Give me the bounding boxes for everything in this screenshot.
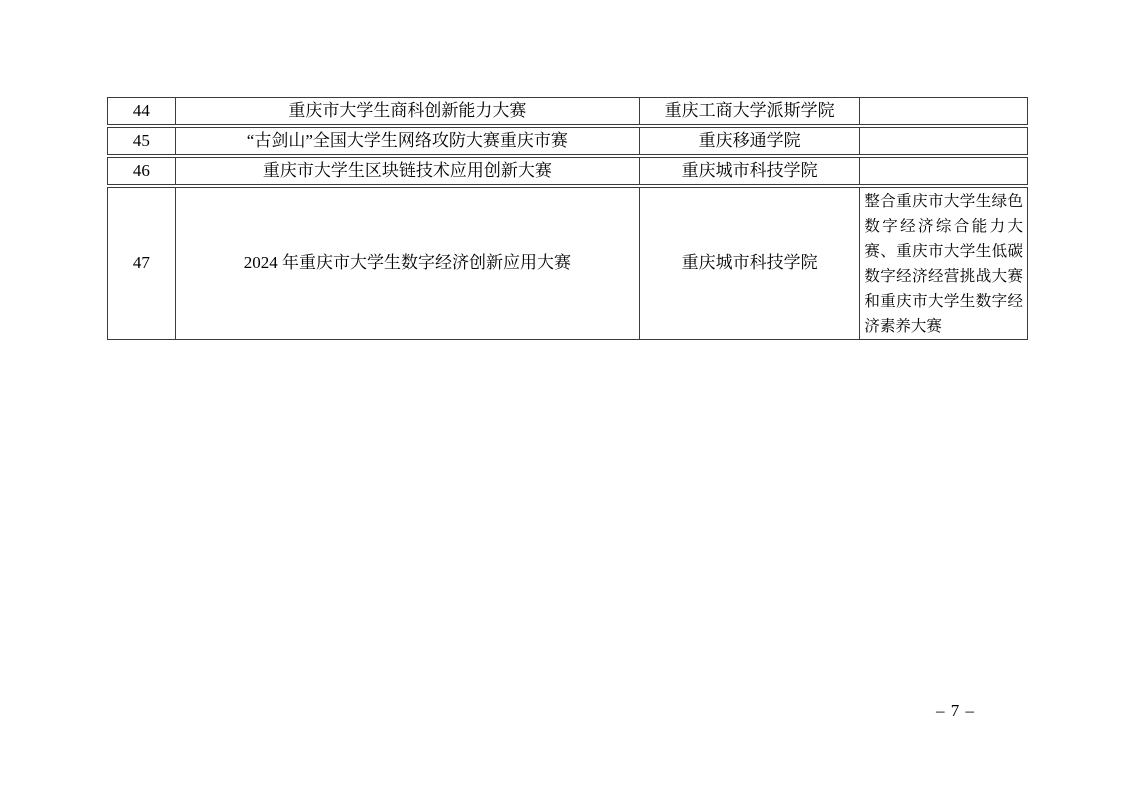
competition-name-cell: 重庆市大学生商科创新能力大赛	[175, 98, 639, 124]
competition-name-cell: “古剑山”全国大学生网络攻防大赛重庆市赛	[175, 128, 639, 154]
competition-name-cell: 重庆市大学生区块链技术应用创新大赛	[175, 158, 639, 184]
row-number-cell: 44	[108, 98, 175, 124]
table-row: 46 重庆市大学生区块链技术应用创新大赛 重庆城市科技学院	[107, 157, 1028, 185]
table-row: 44 重庆市大学生商科创新能力大赛 重庆工商大学派斯学院	[107, 97, 1028, 125]
organizer-cell: 重庆移通学院	[639, 128, 860, 154]
competition-table: 44 重庆市大学生商科创新能力大赛 重庆工商大学派斯学院 45 “古剑山”全国大…	[107, 97, 1028, 342]
document-page: 44 重庆市大学生商科创新能力大赛 重庆工商大学派斯学院 45 “古剑山”全国大…	[0, 0, 1122, 794]
organizer-cell: 重庆城市科技学院	[639, 188, 860, 339]
remark-cell	[859, 158, 1027, 184]
row-number-cell: 45	[108, 128, 175, 154]
competition-name-cell: 2024 年重庆市大学生数字经济创新应用大赛	[175, 188, 639, 339]
remark-cell	[859, 128, 1027, 154]
row-number-cell: 46	[108, 158, 175, 184]
organizer-cell: 重庆工商大学派斯学院	[639, 98, 860, 124]
row-number-cell: 47	[108, 188, 175, 339]
organizer-cell: 重庆城市科技学院	[639, 158, 860, 184]
page-number: – 7 –	[936, 701, 975, 721]
table-row: 47 2024 年重庆市大学生数字经济创新应用大赛 重庆城市科技学院 整合重庆市…	[107, 187, 1028, 340]
remark-cell	[859, 98, 1027, 124]
remark-cell: 整合重庆市大学生绿色数字经济综合能力大赛、重庆市大学生低碳数字经济经营挑战大赛和…	[859, 188, 1027, 339]
table-row: 45 “古剑山”全国大学生网络攻防大赛重庆市赛 重庆移通学院	[107, 127, 1028, 155]
